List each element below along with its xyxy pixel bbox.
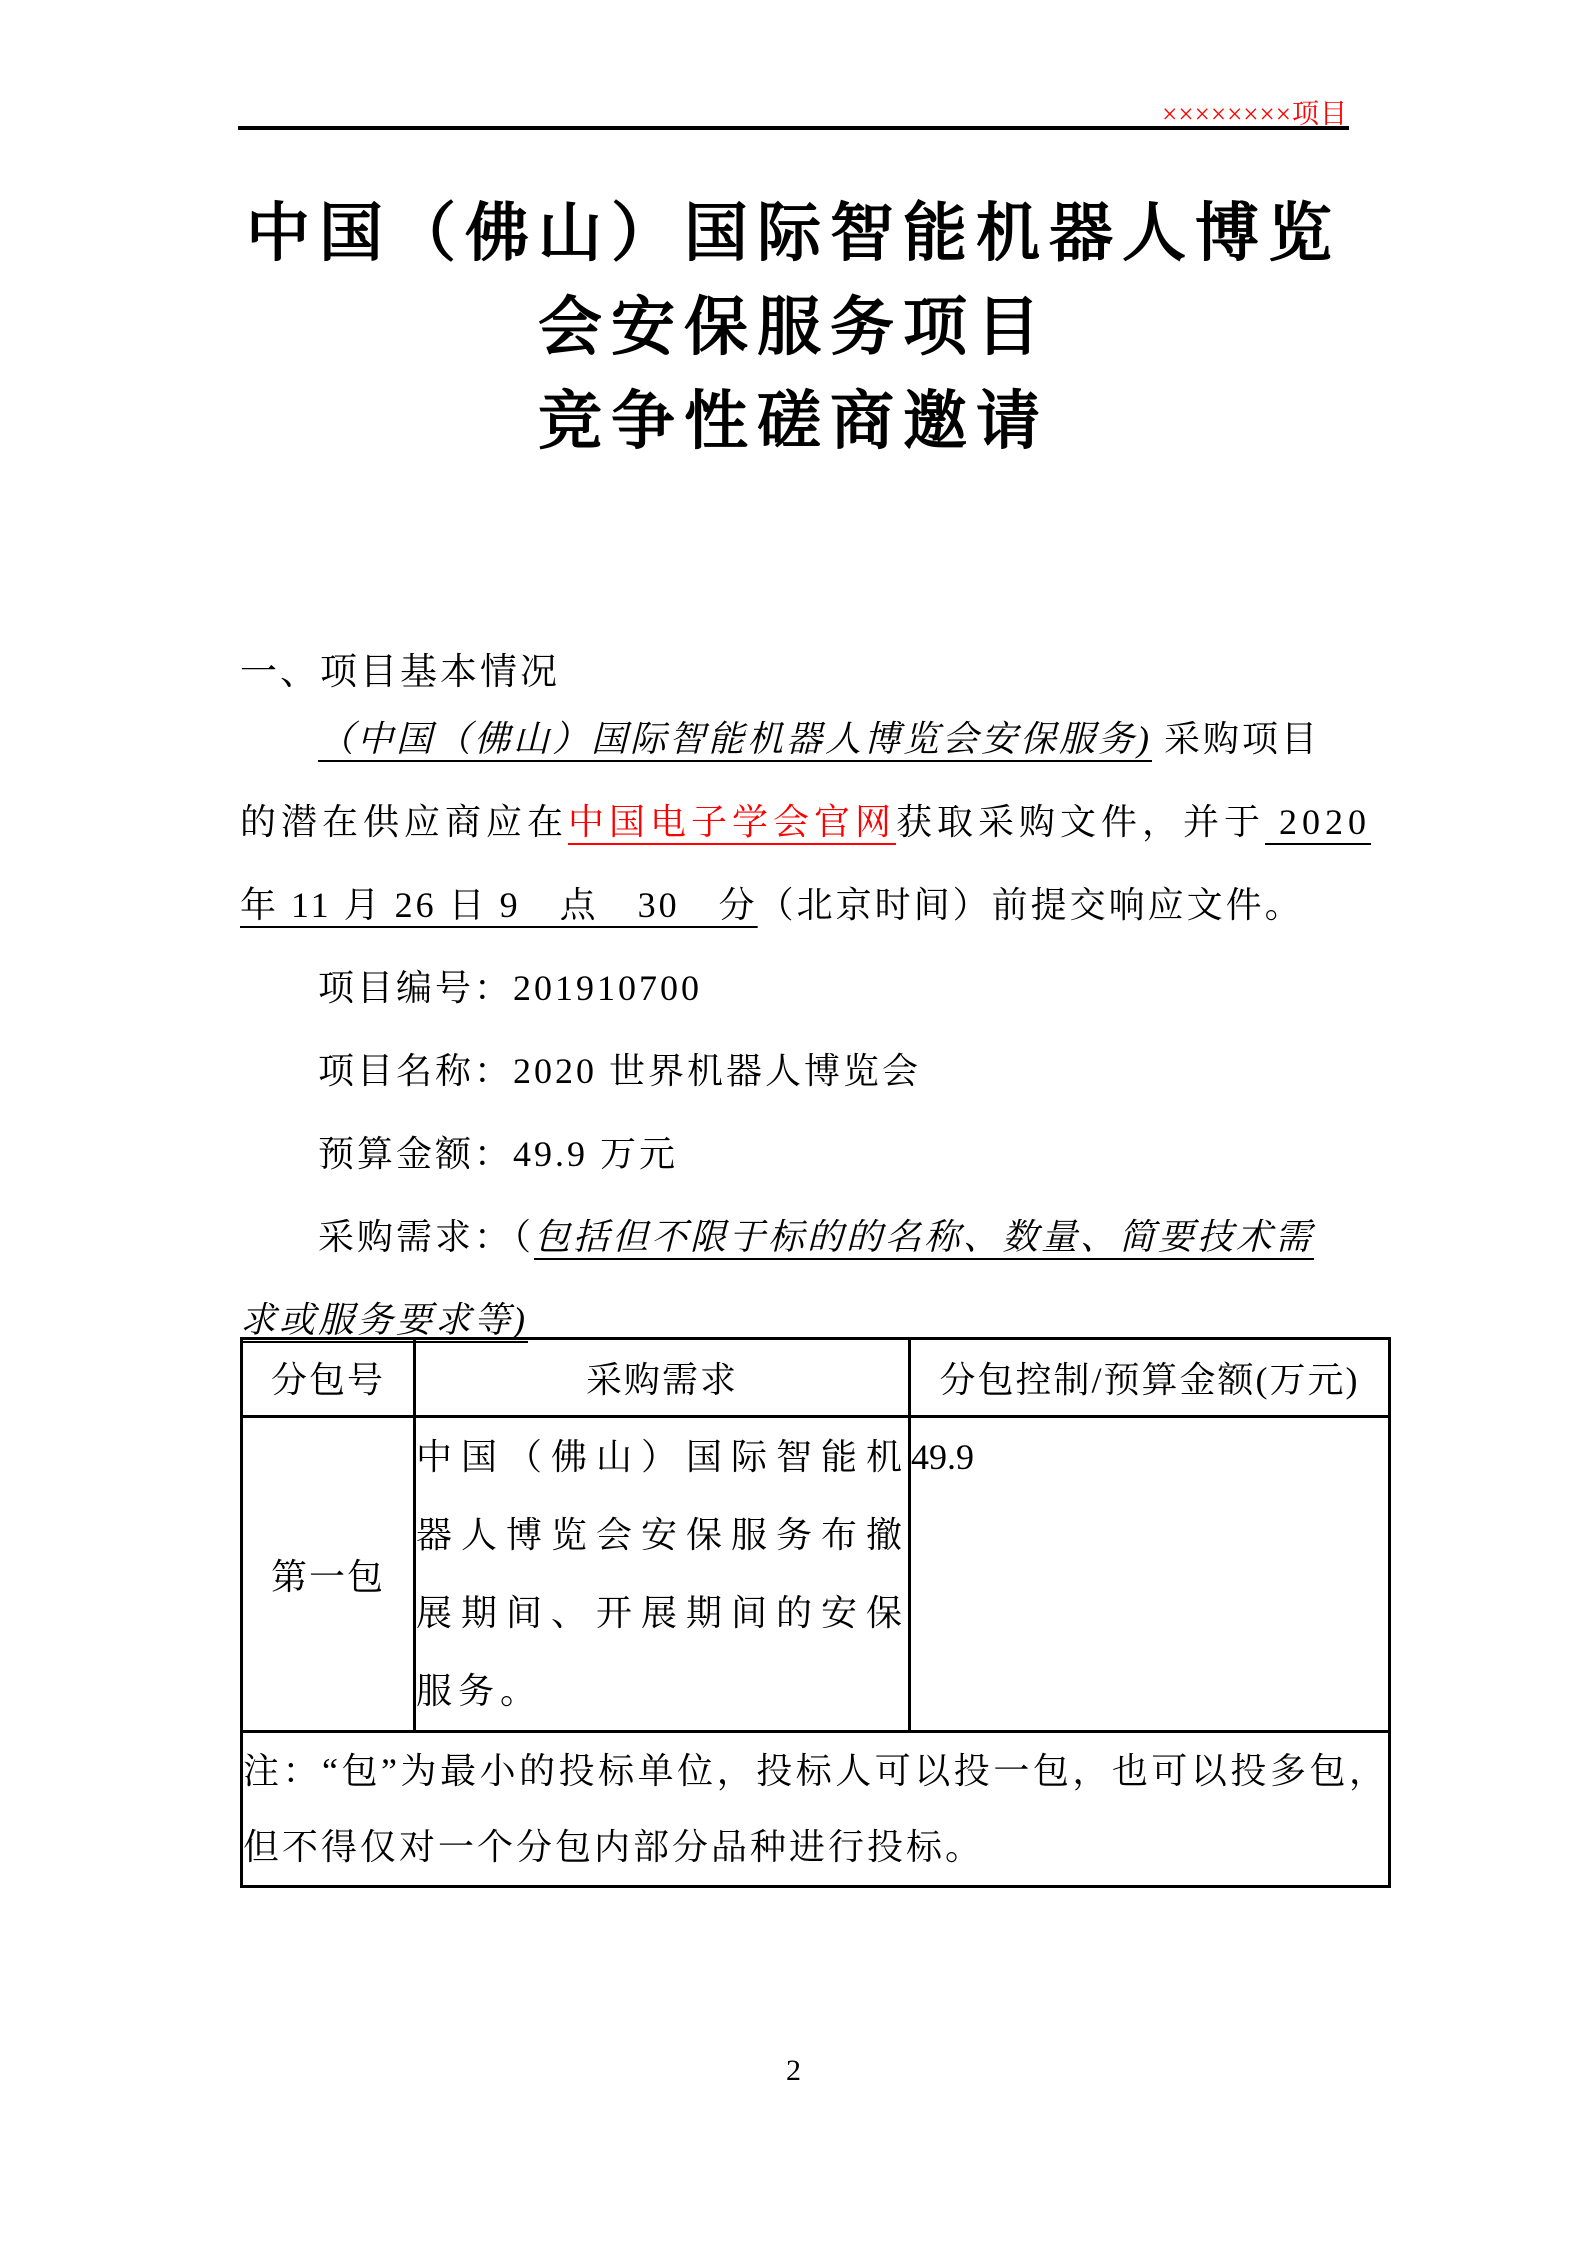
table-row: 第一包 中国（佛山）国际智能机器人博览会安保服务布撤展期间、开展期间的安保服务。… [242, 1417, 1390, 1732]
col-header-budget: 分包控制/预算金额(万元) [910, 1339, 1390, 1417]
document-title-line-3: 竞争性磋商邀请 [0, 374, 1587, 468]
field-requirement-line-1: 采购需求：（包括但不限于标的的名称、数量、简要技术需 [240, 1196, 1352, 1279]
requirement-italic-2: 求或服务要求等) [240, 1300, 528, 1340]
field-project-number: 项目编号：201910700 [240, 947, 1352, 1030]
requirement-label: 采购需求：（ [318, 1217, 534, 1257]
page-number: 2 [0, 2054, 1587, 2088]
intro-line-2-mid: 获取采购文件，并于 [896, 802, 1265, 842]
intro-line-3: 年 11 月 26 日 9 点 30 分（北京时间）前提交响应文件。 [240, 864, 1352, 947]
cell-package-no: 第一包 [242, 1417, 415, 1732]
intro-line-2: 的潜在供应商应在中国电子学会官网获取采购文件，并于 2020 [240, 781, 1352, 864]
cell-requirement: 中国（佛山）国际智能机器人博览会安保服务布撤展期间、开展期间的安保服务。 [415, 1417, 910, 1732]
deadline-datetime-underlined: 年 11 月 26 日 9 点 30 分 [240, 885, 758, 925]
intro-line-3-rest: （北京时间）前提交响应文件。 [758, 885, 1304, 925]
intro-line-1: （中国（佛山）国际智能机器人博览会安保服务) 采购项目 [240, 698, 1352, 781]
packages-table: 分包号 采购需求 分包控制/预算金额(万元) 第一包 中国（佛山）国际智能机器人… [240, 1337, 1391, 1888]
table-note-row: 注：“包”为最小的投标单位，投标人可以投一包，也可以投多包，但不得仅对一个分包内… [242, 1732, 1390, 1887]
document-title: 中国（佛山）国际智能机器人博览 会安保服务项目 竞争性磋商邀请 [0, 186, 1587, 468]
header-rule [238, 126, 1349, 130]
procurement-project-name-underlined: （中国（佛山）国际智能机器人博览会安保服务) [318, 719, 1152, 759]
intro-line-1-rest: 采购项目 [1152, 719, 1320, 759]
requirement-italic-1: 包括但不限于标的的名称、数量、简要技术需 [534, 1217, 1314, 1257]
document-title-line-2: 会安保服务项目 [0, 280, 1587, 374]
cell-budget: 49.9 [910, 1417, 1390, 1732]
col-header-requirement: 采购需求 [415, 1339, 910, 1417]
table-note: 注：“包”为最小的投标单位，投标人可以投一包，也可以投多包，但不得仅对一个分包内… [242, 1732, 1390, 1887]
field-project-name: 项目名称：2020 世界机器人博览会 [240, 1030, 1352, 1113]
deadline-year-underlined: 2020 [1265, 802, 1371, 842]
document-title-line-1: 中国（佛山）国际智能机器人博览 [0, 186, 1587, 280]
col-header-package-no: 分包号 [242, 1339, 415, 1417]
field-budget: 预算金额：49.9 万元 [240, 1113, 1352, 1196]
intro-line-2-pre: 的潜在供应商应在 [240, 802, 568, 842]
issuer-website-link[interactable]: 中国电子学会官网 [568, 802, 896, 842]
document-page: ××××××××项目 中国（佛山）国际智能机器人博览 会安保服务项目 竞争性磋商… [0, 0, 1587, 2245]
table-header-row: 分包号 采购需求 分包控制/预算金额(万元) [242, 1339, 1390, 1417]
